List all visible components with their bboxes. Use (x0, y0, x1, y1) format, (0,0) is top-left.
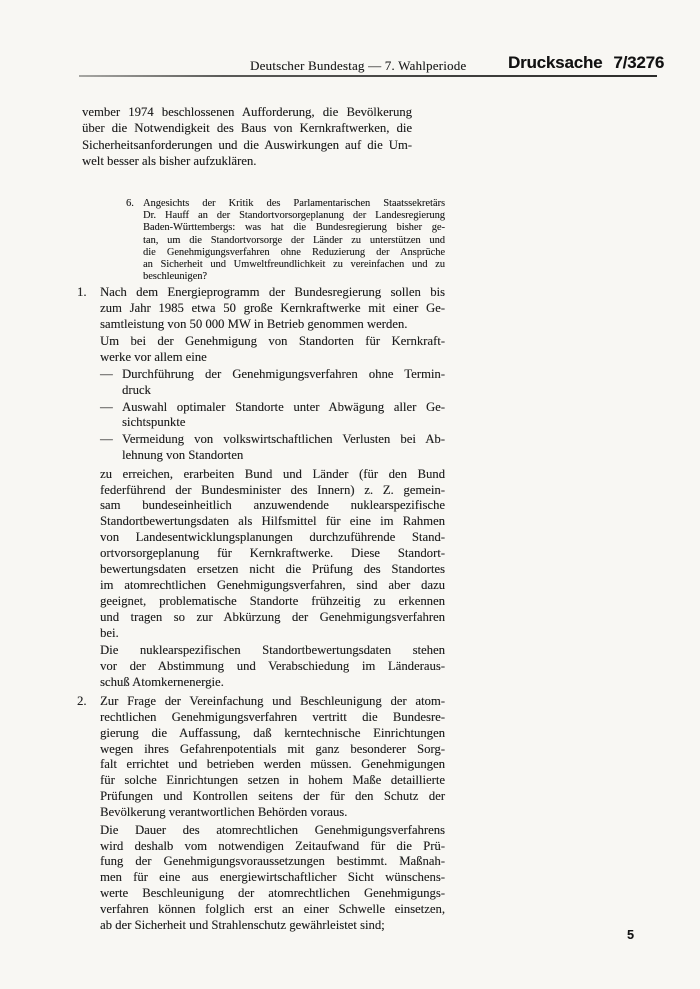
dash-item-text: Vermeidung von volkswirtschaftlichen Ver… (122, 432, 445, 464)
paragraph: Die nuklearspezifischen Standortbewertun… (100, 643, 445, 691)
item-body: Nach dem Energieprogramm der Bundesregie… (100, 285, 445, 691)
dash-item-text: Durchführung der Genehmigungsverfahren o… (122, 367, 445, 399)
dash-marker: — (100, 367, 122, 399)
dash-list-item: — Durchführung der Genehmigungsverfahren… (100, 367, 445, 399)
paragraph: Die Dauer des atomrechtlichen Genehmigun… (100, 823, 445, 934)
paragraph: Um bei der Genehmigung von Standorten fü… (100, 334, 445, 366)
dash-marker: — (100, 400, 122, 432)
dash-item-text: Auswahl optimaler Standorte unter Abwägu… (122, 400, 445, 432)
item-number: 2. (77, 694, 100, 934)
question-item-6: 6. Angesichts der Kritik des Parlamentar… (126, 198, 445, 284)
paragraph: zu erreichen, erarbeiten Bund und Länder… (100, 467, 445, 642)
header-document-number: Drucksache7/3276 (508, 53, 664, 73)
dash-marker: — (100, 432, 122, 464)
continuation-paragraph: vember 1974 beschlossenen Aufforderung, … (82, 104, 412, 170)
text-column: vember 1974 beschlossenen Aufforderung, … (77, 104, 445, 934)
question-text: Angesichts der Kritik des Parlamentarisc… (143, 198, 445, 284)
paragraph: Zur Frage der Vereinfachung und Beschleu… (100, 694, 445, 821)
drucksache-label: Drucksache (508, 53, 602, 72)
paragraph: Nach dem Energieprogramm der Bundesregie… (100, 285, 445, 333)
item-number: 1. (77, 285, 100, 691)
question-number: 6. (126, 198, 143, 284)
page-number: 5 (627, 928, 634, 942)
answer-item-2: 2. Zur Frage der Vereinfachung und Besch… (77, 694, 445, 934)
answer-item-1: 1. Nach dem Energieprogramm der Bundesre… (77, 285, 445, 691)
header-rule (79, 75, 657, 77)
document-page: Deutscher Bundestag — 7. Wahlperiode Dru… (0, 0, 700, 989)
drucksache-number: 7/3276 (613, 53, 664, 72)
dash-list-item: — Vermeidung von volkswirtschaftlichen V… (100, 432, 445, 464)
item-body: Zur Frage der Vereinfachung und Beschleu… (100, 694, 445, 934)
header-parliament-title: Deutscher Bundestag — 7. Wahlperiode (250, 58, 466, 74)
dash-list-item: — Auswahl optimaler Standorte unter Abwä… (100, 400, 445, 432)
